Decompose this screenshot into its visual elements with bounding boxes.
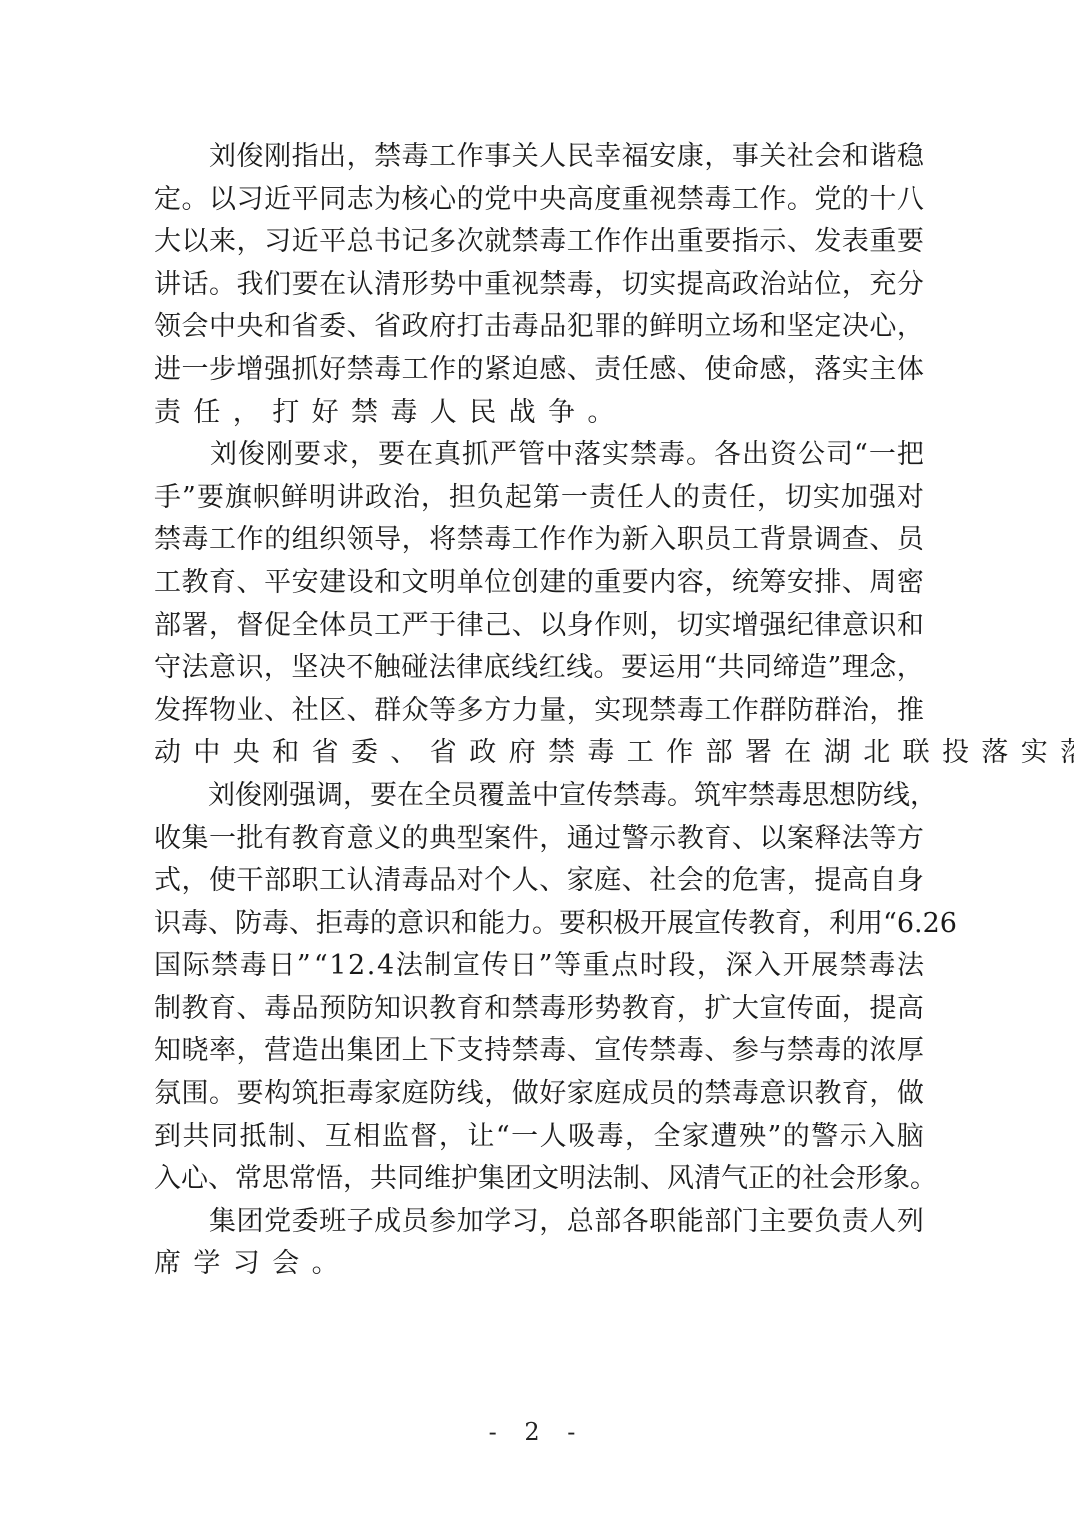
text-line: 知晓率，营造出集团上下支持禁毒、宣传禁毒、参与禁毒的浓厚 [154,1030,924,1073]
text-line: 领会中央和省委、省政府打击毒品犯罪的鲜明立场和坚定决心， [154,306,924,349]
paragraph-3: 刘俊刚强调，要在全员覆盖中宣传禁毒。筑牢禁毒思想防线， 收集一批有教育意义的典型… [154,775,924,1201]
text-line: 守法意识，坚决不触碰法律底线红线。要运用“共同缔造”理念， [154,647,924,690]
text-line: 入心、常思常悟，共同维护集团文明法制、风清气正的社会形象。 [154,1158,924,1201]
paragraph-2: 刘俊刚要求，要在真抓严管中落实禁毒。各出资公司“一把 手”要旗帜鲜明讲政治，担负… [154,434,924,775]
text-line: 收集一批有教育意义的典型案件，通过警示教育、以案释法等方 [154,818,924,861]
text-line: 到共同抵制、互相监督，让“一人吸毒，全家遭殃”的警示入脑 [154,1116,924,1159]
text-line: 识毒、防毒、拒毒的意识和能力。要积极开展宣传教育，利用“6.26 [154,903,924,946]
text-line: 动中央和省委、省政府禁毒工作部署在湖北联投落实落细。 [154,732,924,775]
text-line: 工教育、平安建设和文明单位创建的重要内容，统筹安排、周密 [154,562,924,605]
text-line: 大以来，习近平总书记多次就禁毒工作作出重要指示、发表重要 [154,221,924,264]
text-line: 发挥物业、社区、群众等多方力量，实现禁毒工作群防群治，推 [154,690,924,733]
text-line: 氛围。要构筑拒毒家庭防线，做好家庭成员的禁毒意识教育，做 [154,1073,924,1116]
text-line: 集团党委班子成员参加学习，总部各职能部门主要负责人列 [154,1201,924,1244]
text-line: 刘俊刚要求，要在真抓严管中落实禁毒。各出资公司“一把 [154,434,924,477]
text-line: 禁毒工作的组织领导，将禁毒工作作为新入职员工背景调查、员 [154,519,924,562]
text-line: 定。以习近平同志为核心的党中央高度重视禁毒工作。党的十八 [154,179,924,222]
text-line: 部署，督促全体员工严于律己、以身作则，切实增强纪律意识和 [154,605,924,648]
text-line: 制教育、毒品预防知识教育和禁毒形势教育，扩大宣传面，提高 [154,988,924,1031]
paragraph-4: 集团党委班子成员参加学习，总部各职能部门主要负责人列 席学习会。 [154,1201,924,1286]
document-page: 刘俊刚指出，禁毒工作事关人民幸福安康，事关社会和谐稳 定。以习近平同志为核心的党… [0,0,1074,1520]
text-line: 手”要旗帜鲜明讲政治，担负起第一责任人的责任，切实加强对 [154,477,924,520]
text-line: 责任，打好禁毒人民战争。 [154,392,924,435]
text-line: 刘俊刚指出，禁毒工作事关人民幸福安康，事关社会和谐稳 [154,136,924,179]
paragraph-1: 刘俊刚指出，禁毒工作事关人民幸福安康，事关社会和谐稳 定。以习近平同志为核心的党… [154,136,924,434]
text-line: 式，使干部职工认清毒品对个人、家庭、社会的危害，提高自身 [154,860,924,903]
text-line: 国际禁毒日” “12.4法制宣传日”等重点时段，深入开展禁毒法 [154,945,924,988]
text-line: 进一步增强抓好禁毒工作的紧迫感、责任感、使命感，落实主体 [154,349,924,392]
text-line: 刘俊刚强调，要在全员覆盖中宣传禁毒。筑牢禁毒思想防线， [154,775,924,818]
text-line: 席学习会。 [154,1243,924,1286]
document-body: 刘俊刚指出，禁毒工作事关人民幸福安康，事关社会和谐稳 定。以习近平同志为核心的党… [154,136,924,1286]
text-line: 讲话。我们要在认清形势中重视禁毒，切实提高政治站位，充分 [154,264,924,307]
page-number: - 2 - [0,1418,1074,1446]
